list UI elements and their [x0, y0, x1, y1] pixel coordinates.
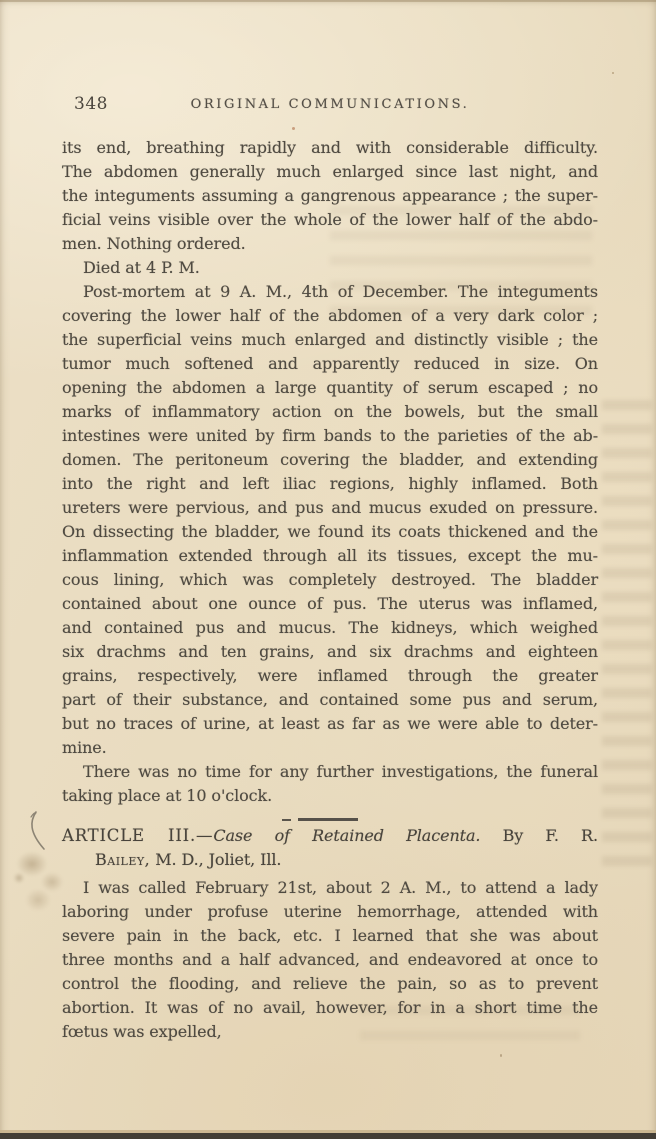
text-line: Died at 4 P. M.: [62, 256, 598, 280]
text-line: mine.: [62, 736, 598, 760]
text-line: inflammation extended through all its ti…: [62, 544, 598, 568]
text-line: marks of inflammatory action on the bowe…: [62, 400, 598, 424]
text-line: There was no time for any further invest…: [62, 760, 598, 784]
divider-rule: [298, 818, 358, 821]
bleed-through-ghost-right: [602, 400, 652, 870]
article-heading-line2: Bailey, M. D., Joliet, Ill.: [62, 848, 598, 872]
text-line: abortion. It was of no avail, however, f…: [62, 996, 598, 1020]
article-title: Case of Retained Placenta.: [213, 826, 480, 845]
text-line: cous lining, which was completely destro…: [62, 568, 598, 592]
page-header: 348 ORIGINAL COMMUNICATIONS.: [62, 94, 598, 116]
page-number: 348: [74, 94, 108, 114]
text-line: into the right and left iliac regions, h…: [62, 472, 598, 496]
text-line: covering the lower half of the abdomen o…: [62, 304, 598, 328]
text-line: ureters were pervious, and pus and mucus…: [62, 496, 598, 520]
paper-speck: [500, 1054, 502, 1057]
paragraph-article-body: I was called February 21st, about 2 A. M…: [62, 876, 598, 1044]
text-line: part of their substance, and contained s…: [62, 688, 598, 712]
paragraph-continuation: its end, breathing rapidly and with cons…: [62, 136, 598, 256]
ink-stain: [6, 846, 84, 926]
paper-speck: [612, 72, 614, 74]
text-line: domen. The peritoneum covering the bladd…: [62, 448, 598, 472]
text-line: the integuments assuming a gangrenous ap…: [62, 184, 598, 208]
text-line: tumor much softened and apparently reduc…: [62, 352, 598, 376]
article-number: ARTICLE III.—: [62, 826, 213, 845]
section-divider: [52, 808, 588, 824]
paragraph-funeral: There was no time for any further invest…: [62, 760, 598, 808]
text-line: fœtus was expelled,: [62, 1020, 598, 1044]
article-author-rest: M. D., Joliet, Ill.: [155, 850, 281, 869]
page-text-block: its end, breathing rapidly and with cons…: [62, 136, 598, 1044]
text-line: Post-mortem at 9 A. M., 4th of December.…: [62, 280, 598, 304]
text-line: grains, respectively, were inflamed thro…: [62, 664, 598, 688]
text-line: taking place at 10 o'clock.: [62, 784, 598, 808]
divider-dash: [282, 819, 291, 821]
paragraph-postmortem: Post-mortem at 9 A. M., 4th of December.…: [62, 280, 598, 760]
text-line: three months and a half advanced, and en…: [62, 948, 598, 972]
running-head: ORIGINAL COMMUNICATIONS.: [62, 94, 598, 112]
text-line: and contained pus and mucus. The kidneys…: [62, 616, 598, 640]
text-line: contained about one ounce of pus. The ut…: [62, 592, 598, 616]
text-line: The abdomen generally much enlarged sinc…: [62, 160, 598, 184]
scanned-book-page: 348 ORIGINAL COMMUNICATIONS. its end, br…: [0, 0, 656, 1139]
text-line: severe pain in the back, etc. I learned …: [62, 924, 598, 948]
text-line: I was called February 21st, about 2 A. M…: [62, 876, 598, 900]
scan-edge-top: [0, 0, 656, 2]
text-line: the superficial veins much enlarged and …: [62, 328, 598, 352]
article-byline: By F. R.: [503, 826, 598, 845]
text-line: ficial veins visible over the whole of t…: [62, 208, 598, 232]
text-line: laboring under profuse uterine hemorrhag…: [62, 900, 598, 924]
article-author: Bailey,: [95, 850, 150, 869]
text-line: its end, breathing rapidly and with cons…: [62, 136, 598, 160]
text-line: men. Nothing ordered.: [62, 232, 598, 256]
paper-speck: [292, 127, 295, 130]
article-heading-line1: ARTICLE III.—Case of Retained Placenta. …: [62, 824, 598, 848]
text-line: On dissecting the bladder, we found its …: [62, 520, 598, 544]
text-line: but no traces of urine, at least as far …: [62, 712, 598, 736]
scan-edge-bottom-dark: [0, 1133, 656, 1139]
text-line: control the flooding, and relieve the pa…: [62, 972, 598, 996]
paragraph-died: Died at 4 P. M.: [62, 256, 598, 280]
text-line: intestines were united by firm bands to …: [62, 424, 598, 448]
article-heading: ARTICLE III.—Case of Retained Placenta. …: [62, 824, 598, 872]
text-line: opening the abdomen a large quantity of …: [62, 376, 598, 400]
text-line: six drachms and ten grains, and six drac…: [62, 640, 598, 664]
